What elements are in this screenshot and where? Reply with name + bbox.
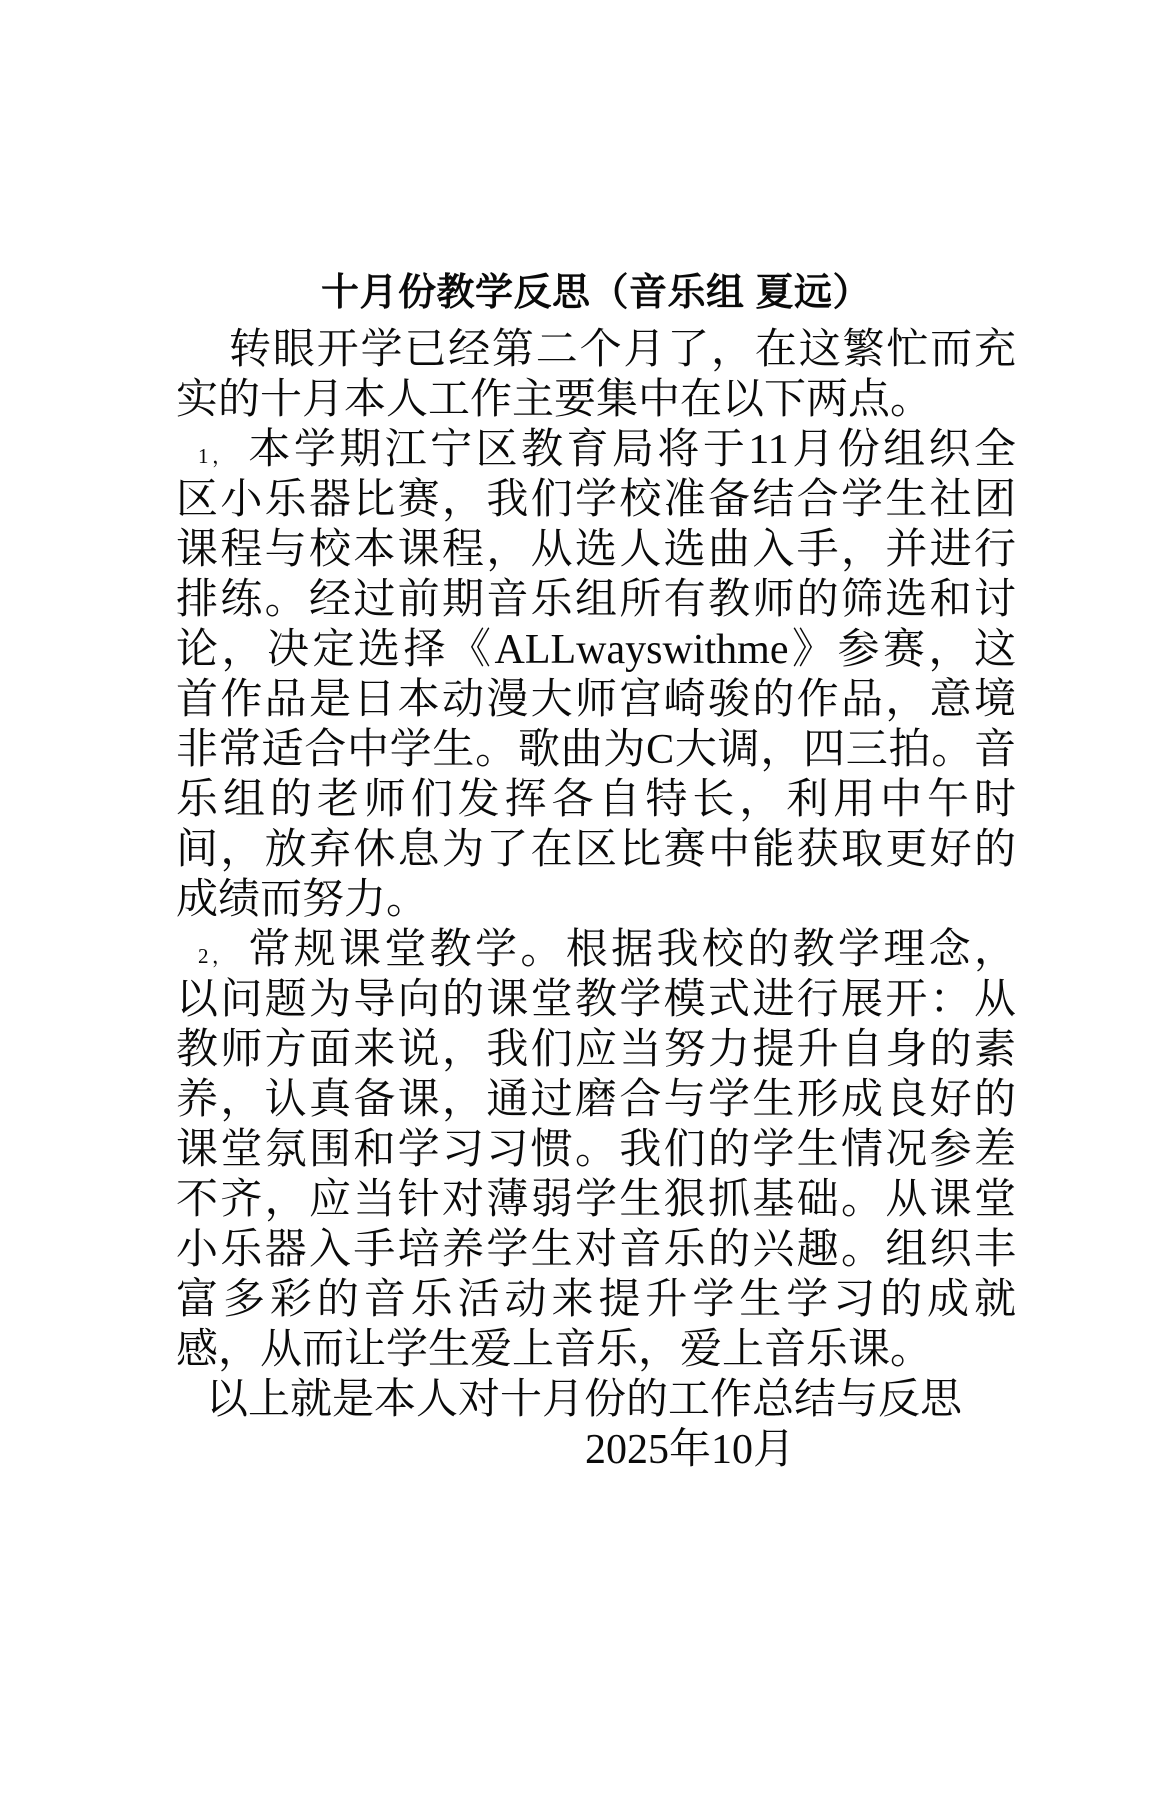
text-line: 乐组的老师们发挥各自特长，利用中午时 bbox=[176, 774, 1016, 824]
cjk-text: 养，认真备课，通过磨合与学生形成良好的 bbox=[176, 1075, 1016, 1122]
cjk-text: 转眼开学已经第二个月了，在这繁忙而充 bbox=[229, 325, 1016, 372]
cjk-text: 感，从而让学生爱上音乐，爱上音乐课。 bbox=[176, 1325, 932, 1372]
latin-text: 11 bbox=[748, 427, 788, 473]
text-line: 小乐器入手培养学生对音乐的兴趣。组织丰 bbox=[176, 1224, 1016, 1274]
text-line: 成绩而努力。 bbox=[176, 874, 1016, 924]
cjk-text: 实的十月本人工作主要集中在以下两点。 bbox=[176, 375, 932, 422]
text-line: 非常适合中学生。歌曲为C大调，四三拍。音 bbox=[176, 724, 1016, 774]
text-line: 区小乐器比赛，我们学校准备结合学生社团 bbox=[176, 474, 1016, 524]
cjk-text: 论，决定选择《 bbox=[176, 625, 495, 672]
latin-text: 10 bbox=[711, 1427, 753, 1473]
cjk-text: 不齐，应当针对薄弱学生狠抓基础。从课堂 bbox=[176, 1175, 1016, 1222]
text-line: 教师方面来说，我们应当努力提升自身的素 bbox=[176, 1024, 1016, 1074]
text-line: 首作品是日本动漫大师宫崎骏的作品，意境 bbox=[176, 674, 1016, 724]
text-line: 课堂氛围和学习习惯。我们的学生情况参差 bbox=[176, 1124, 1016, 1174]
list-item-2-line: 2，常规课堂教学。根据我校的教学理念， bbox=[176, 924, 1016, 974]
latin-text: C bbox=[646, 727, 674, 773]
latin-text: 2025 bbox=[585, 1427, 669, 1473]
list-item-1-line: 1，本学期江宁区教育局将于11月份组织全 bbox=[176, 424, 1016, 474]
cjk-text: 首作品是日本动漫大师宫崎骏的作品，意境 bbox=[176, 675, 1016, 722]
cjk-text: 成绩而努力。 bbox=[176, 875, 428, 922]
list-marker: 1， bbox=[198, 444, 248, 468]
document-page: 十月份教学反思（音乐组 夏远） 转眼开学已经第二个月了，在这繁忙而充实的十月本人… bbox=[0, 0, 1170, 1811]
cjk-text: 非常适合中学生。歌曲为 bbox=[176, 725, 646, 772]
cjk-text: 月 bbox=[753, 1425, 795, 1472]
closing-line: 以上就是本人对十月份的工作总结与反思 bbox=[176, 1374, 1016, 1424]
cjk-text: 以问题为导向的课堂教学模式进行展开：从 bbox=[176, 975, 1016, 1022]
text-line: 不齐，应当针对薄弱学生狠抓基础。从课堂 bbox=[176, 1174, 1016, 1224]
cjk-text: 课程与校本课程，从选人选曲入手，并进行 bbox=[176, 525, 1016, 572]
cjk-text: 区小乐器比赛，我们学校准备结合学生社团 bbox=[176, 475, 1016, 522]
document-title: 十月份教学反思（音乐组 夏远） bbox=[176, 268, 1016, 324]
cjk-text: 以上就是本人对十月份的工作总结与反思 bbox=[206, 1375, 962, 1422]
cjk-text: 课堂氛围和学习习惯。我们的学生情况参差 bbox=[176, 1125, 1016, 1172]
cjk-text: 教师方面来说，我们应当努力提升自身的素 bbox=[176, 1025, 1016, 1072]
text-line: 富多彩的音乐活动来提升学生学习的成就 bbox=[176, 1274, 1016, 1324]
text-line: 课程与校本课程，从选人选曲入手，并进行 bbox=[176, 524, 1016, 574]
document-content: 十月份教学反思（音乐组 夏远） 转眼开学已经第二个月了，在这繁忙而充实的十月本人… bbox=[176, 268, 1016, 1474]
cjk-text: 大调，四三拍。音 bbox=[674, 725, 1016, 772]
cjk-text: 常规课堂教学。根据我校的教学理念， bbox=[248, 925, 1016, 972]
text-line: 间，放弃休息为了在区比赛中能获取更好的 bbox=[176, 824, 1016, 874]
date-line: 2025年10月 bbox=[176, 1424, 1016, 1474]
text-line: 以问题为导向的课堂教学模式进行展开：从 bbox=[176, 974, 1016, 1024]
list-marker: 2， bbox=[198, 944, 248, 968]
cjk-text: 》参赛，这 bbox=[788, 625, 1016, 672]
text-line: 论，决定选择《ALLwayswithme》参赛，这 bbox=[176, 624, 1016, 674]
text-line: 养，认真备课，通过磨合与学生形成良好的 bbox=[176, 1074, 1016, 1124]
cjk-text: 乐组的老师们发挥各自特长，利用中午时 bbox=[176, 775, 1016, 822]
cjk-text: 本学期江宁区教育局将于 bbox=[248, 425, 748, 472]
cjk-text: 间，放弃休息为了在区比赛中能获取更好的 bbox=[176, 825, 1016, 872]
latin-text: ALLwayswithme bbox=[495, 627, 789, 673]
text-line: 转眼开学已经第二个月了，在这繁忙而充 bbox=[176, 324, 1016, 374]
cjk-text: 排练。经过前期音乐组所有教师的筛选和讨 bbox=[176, 575, 1016, 622]
text-line: 排练。经过前期音乐组所有教师的筛选和讨 bbox=[176, 574, 1016, 624]
cjk-text: 年 bbox=[669, 1425, 711, 1472]
text-line: 感，从而让学生爱上音乐，爱上音乐课。 bbox=[176, 1324, 1016, 1374]
cjk-text: 富多彩的音乐活动来提升学生学习的成就 bbox=[176, 1275, 1016, 1322]
text-line: 实的十月本人工作主要集中在以下两点。 bbox=[176, 374, 1016, 424]
document-body: 转眼开学已经第二个月了，在这繁忙而充实的十月本人工作主要集中在以下两点。1，本学… bbox=[176, 324, 1016, 1474]
cjk-text: 月份组织全 bbox=[789, 425, 1016, 472]
cjk-text: 小乐器入手培养学生对音乐的兴趣。组织丰 bbox=[176, 1225, 1016, 1272]
